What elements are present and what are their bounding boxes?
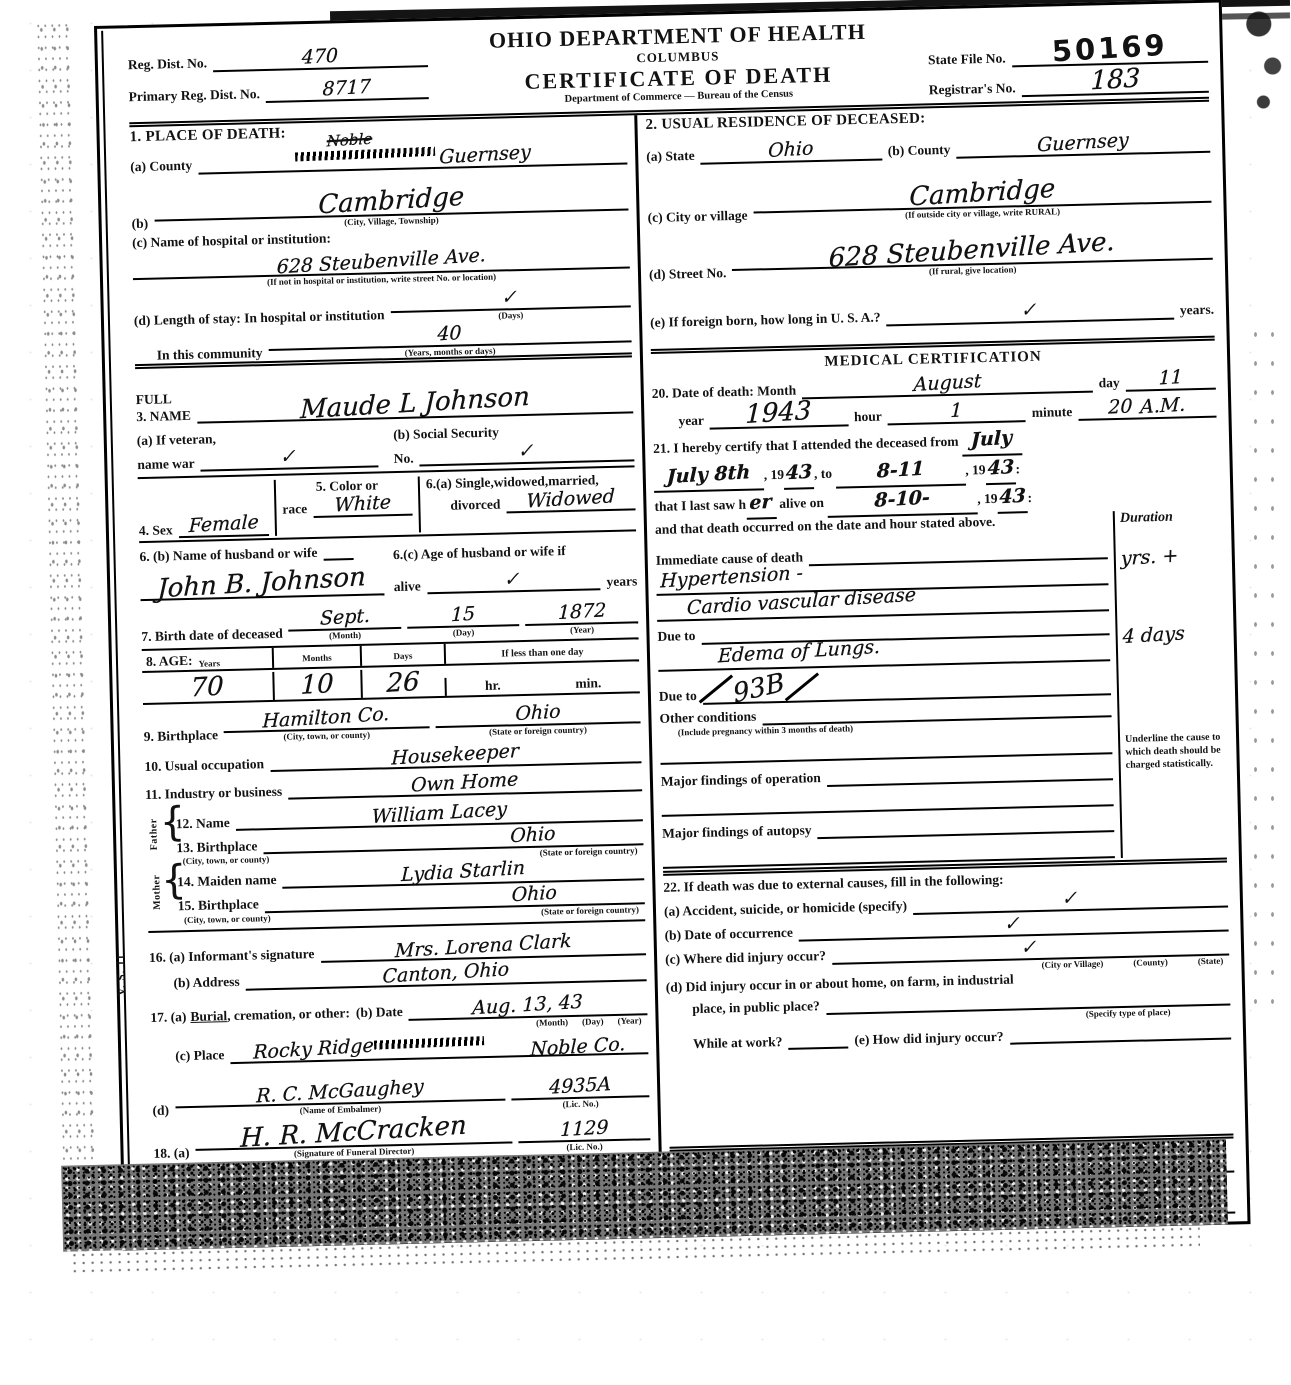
father-brace: {: [159, 803, 185, 844]
checkmark: ✓: [503, 568, 524, 592]
saw-year-field: 43: [997, 484, 1028, 514]
residence-state-label: (a) State: [646, 148, 695, 166]
section-funeral-director: 18. (a) H. R. McCracken (Signature of Fu…: [153, 1112, 651, 1193]
industry-field: Own Home: [288, 770, 642, 800]
registrar-signature-field: Carl M. Osler: [403, 1188, 652, 1222]
header-titles: OHIO DEPARTMENT OF HEALTH COLUMBUS CERTI…: [427, 17, 929, 111]
ssn-label-2: No.: [394, 450, 414, 467]
physician-address-label: Address: [671, 1209, 718, 1227]
caption-state: (State or foreign country): [541, 906, 639, 918]
veteran-war-field: ✓: [200, 444, 378, 472]
section-birthplace: 9. Birthplace Hamilton Co.(City, town, o…: [143, 698, 641, 746]
death-minute-label: minute: [1032, 404, 1073, 422]
form-number-vertical: V. S. 11: [115, 953, 128, 995]
month-caption: (Month): [289, 629, 402, 642]
year-caption: (Year): [526, 624, 639, 637]
saw-pronoun-field: er: [746, 490, 777, 520]
burial-label-pre: 17. (a): [150, 1009, 186, 1027]
caption-city: (City, town, or county): [184, 914, 271, 926]
full-label: FULL: [136, 391, 191, 409]
informant-address-label: (b) Address: [173, 974, 240, 992]
section-parents: Father { Mother { 12. Name William Lacey…: [145, 796, 645, 927]
date-signed-field: 8/12/43: [1019, 1185, 1236, 1218]
strike-mark: [699, 674, 733, 703]
received-date-field: Aug. 13 1943: [197, 1203, 375, 1227]
external-e-field: [1009, 1020, 1231, 1045]
father-birthplace-label: 13. Birthplace: [176, 838, 257, 857]
burial-day-caption: (Day): [582, 1017, 604, 1027]
registrar-no-field: 183: [1021, 65, 1209, 97]
reg-dist-label: Reg. Dist. No.: [128, 55, 208, 74]
external-b-label: (b) Date of occurrence: [664, 925, 793, 945]
residence-county-field: Guernsey: [956, 131, 1210, 159]
caption-city: (City, town, or county): [183, 856, 270, 868]
ssn-field: ✓: [419, 438, 634, 467]
age-years-value: 70: [191, 674, 225, 702]
primary-reg-dist-field: 8717: [266, 77, 429, 103]
section-spouse: 6. (b) Name of husband or wife John B. J…: [139, 536, 637, 602]
birthplace-label: 9. Birthplace: [144, 727, 219, 746]
external-c-caption-state: (State): [1198, 956, 1224, 966]
reg-dist-field: 470: [213, 45, 428, 72]
father-side-label: Father: [148, 819, 160, 851]
from-year-field: 43: [784, 460, 815, 490]
burial-place-label: (c) Place: [175, 1047, 224, 1065]
foreign-born-label: (e) If foreign born, how long in U. S. A…: [650, 309, 881, 331]
mother-name-label: 14. Maiden name: [177, 872, 277, 891]
attended-to-field: 8-11: [835, 457, 966, 489]
mother-birthplace-label: 15. Birthplace: [178, 897, 259, 916]
registrar-no-label: Registrar's No.: [929, 80, 1016, 99]
date-signed-label: Date signed: [946, 1202, 1014, 1220]
min-label: min.: [575, 675, 601, 692]
husband-label: 6. (b) Name of husband or wife: [139, 544, 317, 565]
death-year-field: 1943: [710, 398, 849, 429]
birth-year-field: 1872: [525, 601, 638, 626]
external-c-caption-city: (City or Village): [1041, 959, 1103, 970]
veteran-label-2: name war: [137, 455, 195, 473]
burial-label-rest: , cremation, or other:: [227, 1006, 350, 1026]
section-informant: 16. (a) Informant's signature Mrs. Loren…: [148, 919, 646, 993]
parents-side-strip: Father { Mother {: [145, 807, 178, 927]
hr-label: hr.: [485, 677, 501, 694]
last-saw-date-field: 8-10-: [827, 485, 978, 518]
to-year-field: 43: [985, 455, 1016, 485]
age-days-header: Days: [393, 651, 412, 661]
death-day-label: day: [1098, 375, 1119, 392]
age-less-header: If less than one day: [501, 647, 583, 660]
marital-label-2: divorced: [450, 497, 500, 515]
section-place-of-death: 1. PLACE OF DEATH: (a) County Noble Guer…: [129, 117, 632, 369]
mother-brace: {: [161, 860, 187, 901]
checkmark: ✓: [1003, 911, 1024, 935]
blank-segment: [323, 542, 353, 561]
sex-label: 4. Sex: [139, 522, 173, 540]
left-column: 1. PLACE OF DEATH: (a) County Noble Guer…: [129, 115, 663, 1241]
color-race-field: White: [313, 494, 413, 518]
scan-artifact-corner-blotch: [1245, 0, 1291, 120]
section-birth-date: 7. Birth date of deceased Sept.(Month) 1…: [141, 594, 639, 646]
spouse-age-label: 6.(c) Age of husband or wife if: [393, 541, 637, 564]
foreign-born-suffix: years.: [1180, 302, 1215, 320]
section-usual-residence: 2. USUAL RESIDENCE OF DECEASED: (a) Stat…: [645, 104, 1214, 354]
license-caption: (Lic. No.): [512, 1098, 650, 1111]
sex-field: Female: [178, 514, 269, 538]
birth-month-field: Sept.: [288, 606, 401, 631]
burial-place-field: Rocky Ridge Noble Co.: [230, 1032, 648, 1064]
external-d-label-2: place, in public place?: [692, 998, 820, 1018]
registrar-sig-label: (b): [381, 1216, 398, 1233]
section-burial: 17. (a) Burial , cremation, or other: (b…: [150, 985, 650, 1120]
place-b-label: (b): [131, 216, 148, 233]
state-file-label: State File No.: [928, 51, 1006, 70]
while-at-work-label: While at work?: [693, 1034, 783, 1053]
signature-label: 23. Signature: [670, 1178, 747, 1197]
cause-duration-value: yrs. +: [1121, 547, 1179, 569]
checkmark: ✓: [279, 445, 300, 469]
death-minute-field: 20 A.M.: [1078, 396, 1217, 421]
checkmark: ✓: [1020, 298, 1041, 322]
due1-duration-value: 4 days: [1122, 624, 1185, 647]
residence-city-label: (c) City or village: [647, 208, 747, 227]
checkmark: ✓: [517, 439, 538, 463]
section-physician-signature: 23. Signature B. H. Craig M. D. (Specify…: [670, 1134, 1236, 1227]
attended-from-field: July: [962, 426, 1023, 456]
struck-scribble: [374, 1036, 484, 1050]
struck-scribble: [295, 147, 435, 162]
external-e-label: (e) How did injury occur?: [854, 1028, 1004, 1048]
section-cause-of-death: and that death occurred on the date and …: [655, 509, 1227, 869]
embalmer-license-field: 4935A: [511, 1075, 649, 1100]
age-label: 8. AGE:: [146, 652, 193, 670]
residence-state-field: Ohio: [700, 138, 882, 164]
attended-from-date-field: July 8th: [653, 461, 764, 493]
age-years-header: Years: [198, 659, 220, 669]
foreign-born-field: ✓: [886, 295, 1174, 326]
section-veteran-ssn: (a) If veteran, name war ✓ (b) Social Se…: [137, 418, 635, 480]
occupation-label: 10. Usual occupation: [144, 756, 264, 776]
section-certify-statement: 21. I hereby certify that I attended the…: [653, 422, 1219, 522]
checkmark: ✓: [500, 285, 521, 309]
due-to-label-2: Due to: [659, 688, 697, 706]
marital-field: Widowed: [506, 489, 635, 514]
residence-county-label: (b) County: [888, 142, 951, 160]
section-registrar-received: 19. (a) Aug. 13 1943 (Date received loca…: [155, 1185, 653, 1239]
state-file-stamp: 50169: [1051, 28, 1169, 69]
director-license-field: 1129: [518, 1118, 651, 1143]
strike-mark: [785, 672, 819, 701]
section-full-name: FULL 3. NAME Maude L Johnson: [135, 362, 633, 426]
physician-address-field: Cambridge, O: [724, 1192, 941, 1225]
cause-main: and that death occurred on the date and …: [655, 511, 1121, 869]
burial-year-caption: (Year): [617, 1017, 641, 1027]
death-year-label: year: [678, 413, 704, 430]
primary-reg-dist-label: Primary Reg. Dist. No.: [129, 86, 261, 106]
underline-note: Underline the cause to which death shoul…: [1125, 731, 1225, 772]
duration-header: Duration: [1120, 509, 1219, 527]
header-registration-block: Reg. Dist. No. 470 Primary Reg. Dist. No…: [127, 29, 429, 118]
spouse-age-label-2: alive: [394, 578, 421, 596]
right-column: 2. USUAL RESIDENCE OF DECEASED: (a) Stat…: [637, 102, 1235, 1229]
spouse-age-suffix: years: [606, 573, 637, 591]
birth-date-label: 7. Birth date of deceased: [141, 625, 283, 645]
name-label: 3. NAME: [136, 407, 191, 425]
scan-artifact-right-speckle: [1247, 320, 1277, 1020]
death-hour-field: 1: [887, 400, 1026, 425]
checkmark: ✓: [1060, 886, 1081, 910]
community-label: In this community: [157, 345, 263, 364]
age-months-value: 10: [301, 671, 335, 699]
section-age-table: 8. AGE:Years Months Days If less than on…: [142, 638, 640, 706]
county-label: (a) County: [130, 158, 192, 176]
section-date-of-death: 20. Date of death: Month August day 11 y…: [651, 362, 1216, 431]
while-at-work-field: [788, 1031, 848, 1050]
husband-field: John B. Johnson: [140, 568, 384, 602]
scanned-death-certificate-page: V. S. 11 Reg. Dist. No. 470 Primary Reg.…: [0, 0, 1291, 1385]
death-certificate: V. S. 11 Reg. Dist. No. 470 Primary Reg.…: [94, 0, 1251, 1251]
age-days-value: 26: [387, 669, 421, 697]
birth-day-field: 15: [407, 604, 520, 629]
color-label-2: race: [282, 502, 307, 519]
header-file-block: State File No. 50169 Registrar's No. 183: [927, 11, 1209, 100]
embalmer-label: (d): [152, 1103, 169, 1120]
certificate-body: 1. PLACE OF DEATH: (a) County Noble Guer…: [129, 102, 1235, 1241]
death-day-field: 11: [1125, 368, 1215, 392]
burial-month-caption: (Month): [536, 1018, 568, 1029]
duration-column: Duration yrs. + 4 days Underline the cau…: [1113, 509, 1227, 858]
due-to-label-1: Due to: [657, 628, 695, 646]
checkmark: ✓: [1020, 935, 1041, 959]
county-field: Noble Guernsey: [198, 142, 628, 174]
county-struck-entry: Noble: [326, 131, 372, 150]
death-hour-label: hour: [854, 409, 882, 427]
occupation-field: Housekeeper: [270, 742, 642, 773]
burial-label-burial: Burial: [190, 1008, 227, 1026]
external-c-caption-county: (County): [1133, 958, 1168, 969]
residence-street-label: (d) Street No.: [649, 265, 727, 284]
received-label: 19. (a): [155, 1221, 191, 1239]
scan-artifact-left-speckle: [35, 20, 96, 1200]
section-sex-color-marital: 4. Sex Female 5. Color or race White 6.(…: [138, 472, 636, 544]
day-caption: (Day): [407, 627, 520, 640]
state-file-field: 50169: [1011, 29, 1208, 68]
section-external-causes: 22. If death was due to external causes,…: [663, 857, 1231, 1053]
age-months-header: Months: [302, 653, 332, 664]
burial-date-label: (b) Date: [356, 1004, 403, 1022]
director-label: 18. (a): [153, 1145, 189, 1163]
spouse-age-field: ✓: [426, 567, 600, 595]
director-address-label: (b) Address: [178, 1174, 245, 1192]
